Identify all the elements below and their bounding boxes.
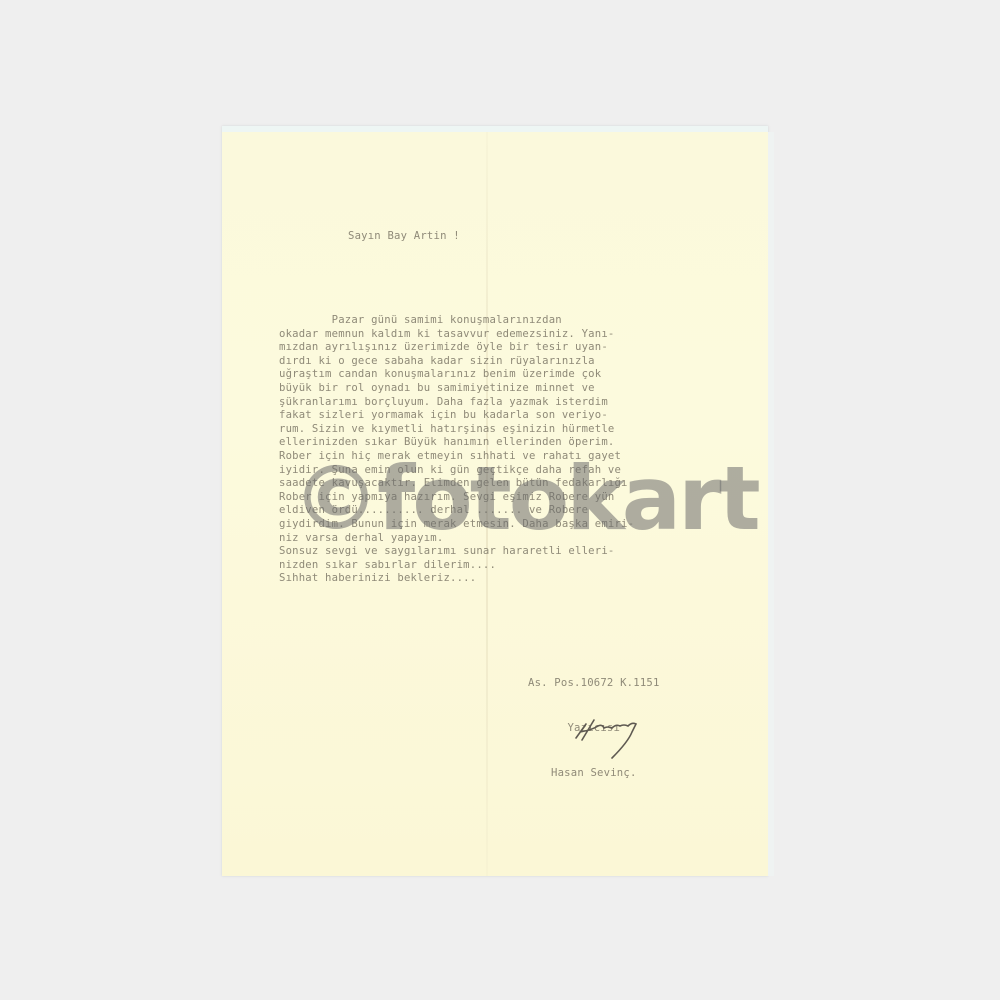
letter-line: giydirdim. Bunun için merak etmesin. Dah…: [279, 518, 634, 532]
letter-line: nizden sıkar sabırlar dilerim....: [279, 559, 634, 573]
letter-line: eldiven ördü.......... derhal ....... ve…: [279, 504, 634, 518]
letter-line: uğraştım candan konuşmalarınız benim üze…: [279, 368, 634, 382]
letter-line: Rober için yapmıya hazırım. Sevgi eşimiz…: [279, 491, 634, 505]
letter-paper: Sayın Bay Artin ! Pazar günü samimi konu…: [222, 126, 768, 876]
letter-line: Pazar günü samimi konuşmalarınızdan: [279, 314, 634, 328]
letter-line: ellerinizden sıkar Büyük hanımın ellerin…: [279, 436, 634, 450]
sender-name: Hasan Sevinç.: [528, 766, 660, 781]
letter-line: şükranlarımı borçluyum. Daha fazla yazma…: [279, 396, 634, 410]
paper-edge: [768, 132, 774, 876]
salutation: Sayın Bay Artin !: [348, 230, 460, 244]
letter-body: Pazar günü samimi konuşmalarınızdanokada…: [279, 314, 634, 586]
letter-line: Sonsuz sevgi ve saygılarımı sunar harare…: [279, 545, 634, 559]
letter-line: fakat sizleri yormamak için bu kadarla s…: [279, 409, 634, 423]
letter-line: niz varsa derhal yapayım.: [279, 532, 634, 546]
letter-line: iyidir. Şuna emin olun ki gün geçtikçe d…: [279, 464, 634, 478]
letter-line: büyük bir rol oynadı bu samimiyetinize m…: [279, 382, 634, 396]
sender-address: As. Pos.10672 K.1151: [528, 676, 660, 691]
letter-line: okadar memnun kaldım ki tasavvur edemezs…: [279, 328, 634, 342]
letter-line: mızdan ayrılışınız üzerimizde öyle bir t…: [279, 341, 634, 355]
letter-line: rum. Sizin ve kıymetli hatırşinas eşiniz…: [279, 423, 634, 437]
letter-line: saadete kavuşacaktır. Elimden gelen bütü…: [279, 477, 634, 491]
handwritten-signature-icon: [572, 704, 652, 764]
letter-line: dırdı ki o gece sabaha kadar sizin rüyal…: [279, 355, 634, 369]
letter-line: Rober için hiç merak etmeyin sıhhati ve …: [279, 450, 634, 464]
letter-line: Sıhhat haberinizi bekleriz....: [279, 572, 634, 586]
